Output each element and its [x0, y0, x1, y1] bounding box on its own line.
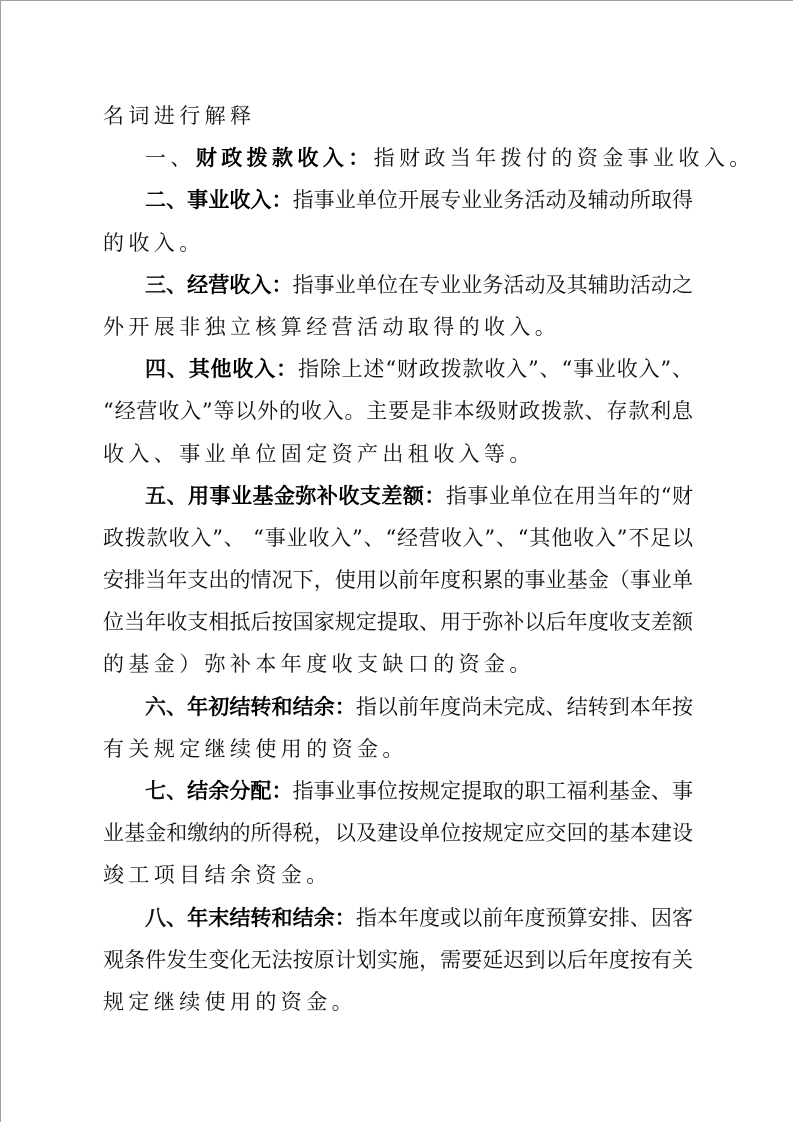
definition-text: 指事业单位开展专业业务活动及辅动所取得 [293, 188, 693, 212]
definition-term: 经营收入： [187, 272, 292, 297]
definition-paragraph: 三、经营收入：指事业单位在专业业务活动及其辅助活动之外开展非独立核算经营活动取得… [103, 264, 693, 348]
definition-paragraph: 五、用事业基金弥补收支差额：指事业单位在用当年的“财政拨款收入”、 “事业收入”… [103, 475, 693, 686]
definition-number: 四、 [145, 356, 189, 381]
definition-term: 其他收入： [189, 356, 298, 381]
definition-line: 业基金和缴纳的所得税，以及建设单位按规定应交回的基本建设 [103, 812, 693, 854]
definition-text: 业基金和缴纳的所得税，以及建设单位按规定应交回的基本建设 [103, 821, 693, 845]
definition-first-line: 八、年末结转和结余：指本年度或以前年度预算安排、因客 [103, 897, 693, 939]
definition-text: 指事业单位在专业业务活动及其辅助活动之 [293, 273, 693, 297]
definition-text: 政拨款收入”、 “事业收入”、“经营收入”、“其他收入”不足以 [103, 526, 693, 550]
definition-number: 二、 [145, 187, 187, 212]
definition-text: 指财政当年拨付的资金事业收入。 [374, 146, 755, 170]
definition-paragraph: 七、结余分配：指事业事位按规定提取的职工福利基金、事业基金和缴纳的所得税，以及建… [103, 770, 693, 897]
definition-first-line: 六、年初结转和结余：指以前年度尚未完成、结转到本年按 [103, 686, 693, 728]
definition-line: 规定继续使用的资金。 [103, 981, 693, 1023]
definition-text: 的收入。 [103, 231, 205, 255]
definition-text: 规定继续使用的资金。 [103, 990, 357, 1014]
definition-line: 观条件发生变化无法按原计划实施，需要延迟到以后年度按有关 [103, 939, 693, 981]
definition-line: 有关规定继续使用的资金。 [103, 728, 693, 770]
intro-line: 名词进行解释 [103, 95, 693, 137]
definition-term: 结余分配： [187, 778, 292, 803]
definition-text: 位当年收支相抵后按国家规定提取、用于弥补以后年度收支差额 [103, 610, 693, 634]
definition-term: 事业收入： [187, 187, 292, 212]
definition-term: 用事业基金弥补收支差额： [188, 483, 446, 508]
definition-text: 指事业事位按规定提取的职工福利基金、事 [293, 779, 693, 803]
definition-number: 一、 [145, 146, 196, 170]
definition-paragraph: 四、其他收入：指除上述“财政拨款收入”、“事业收入”、“经营收入”等以外的收入。… [103, 348, 693, 475]
definition-text: 指事业单位在用当年的“财 [446, 484, 693, 508]
definition-text: 有关规定继续使用的资金。 [103, 737, 408, 761]
definition-first-line: 一、财政拨款收入：指财政当年拨付的资金事业收入。 [103, 137, 693, 179]
definition-number: 六、 [145, 694, 187, 719]
definition-text: 外开展非独立核算经营活动取得的收入。 [103, 315, 560, 339]
definition-number: 三、 [145, 272, 187, 297]
definition-first-line: 二、事业收入：指事业单位开展专业业务活动及辅动所取得 [103, 179, 693, 221]
definition-line: 收入、事业单位固定资产出租收入等。 [103, 433, 693, 475]
definition-text: 的基金）弥补本年度收支缺口的资金。 [103, 652, 535, 676]
definition-line: 竣工项目结余资金。 [103, 854, 693, 896]
definition-first-line: 三、经营收入：指事业单位在专业业务活动及其辅助活动之 [103, 264, 693, 306]
definition-term: 财政拨款收入： [196, 145, 374, 170]
definition-paragraph: 六、年初结转和结余：指以前年度尚未完成、结转到本年按有关规定继续使用的资金。 [103, 686, 693, 770]
definition-paragraph: 二、事业收入：指事业单位开展专业业务活动及辅动所取得的收入。 [103, 179, 693, 263]
definition-text: 指以前年度尚未完成、结转到本年按 [356, 695, 693, 719]
definition-line: 安排当年支出的情况下，使用以前年度积累的事业基金（事业单 [103, 559, 693, 601]
definition-text: 观条件发生变化无法按原计划实施，需要延迟到以后年度按有关 [103, 948, 693, 972]
definition-text: 安排当年支出的情况下，使用以前年度积累的事业基金（事业单 [103, 568, 693, 592]
definition-term: 年初结转和结余： [187, 694, 356, 719]
definition-text: 指除上述“财政拨款收入”、“事业收入”、 [298, 357, 693, 381]
definition-line: 的收入。 [103, 222, 693, 264]
definition-text: 收入、事业单位固定资产出租收入等。 [103, 442, 535, 466]
definition-first-line: 七、结余分配：指事业事位按规定提取的职工福利基金、事 [103, 770, 693, 812]
definition-paragraph: 八、年末结转和结余：指本年度或以前年度预算安排、因客观条件发生变化无法按原计划实… [103, 897, 693, 1024]
document-body: 名词进行解释 一、财政拨款收入：指财政当年拨付的资金事业收入。二、事业收入：指事… [103, 95, 693, 1023]
definition-line: 的基金）弥补本年度收支缺口的资金。 [103, 643, 693, 685]
definition-first-line: 四、其他收入：指除上述“财政拨款收入”、“事业收入”、 [103, 348, 693, 390]
definition-number: 七、 [145, 778, 187, 803]
definition-paragraph: 一、财政拨款收入：指财政当年拨付的资金事业收入。 [103, 137, 693, 179]
definition-text: 竣工项目结余资金。 [103, 863, 332, 887]
definition-line: 外开展非独立核算经营活动取得的收入。 [103, 306, 693, 348]
definition-line: 位当年收支相抵后按国家规定提取、用于弥补以后年度收支差额 [103, 601, 693, 643]
definition-first-line: 五、用事业基金弥补收支差额：指事业单位在用当年的“财 [103, 475, 693, 517]
definition-text: “经营收入”等以外的收入。主要是非本级财政拨款、存款利息 [103, 399, 693, 423]
definition-number: 八、 [145, 905, 187, 930]
definition-line: 政拨款收入”、 “事业收入”、“经营收入”、“其他收入”不足以 [103, 517, 693, 559]
definition-line: “经营收入”等以外的收入。主要是非本级财政拨款、存款利息 [103, 390, 693, 432]
definition-term: 年末结转和结余： [187, 905, 356, 930]
definition-number: 五、 [145, 483, 188, 508]
definition-text: 指本年度或以前年度预算安排、因客 [356, 906, 693, 930]
document-page: 名词进行解释 一、财政拨款收入：指财政当年拨付的资金事业收入。二、事业收入：指事… [0, 0, 793, 1122]
